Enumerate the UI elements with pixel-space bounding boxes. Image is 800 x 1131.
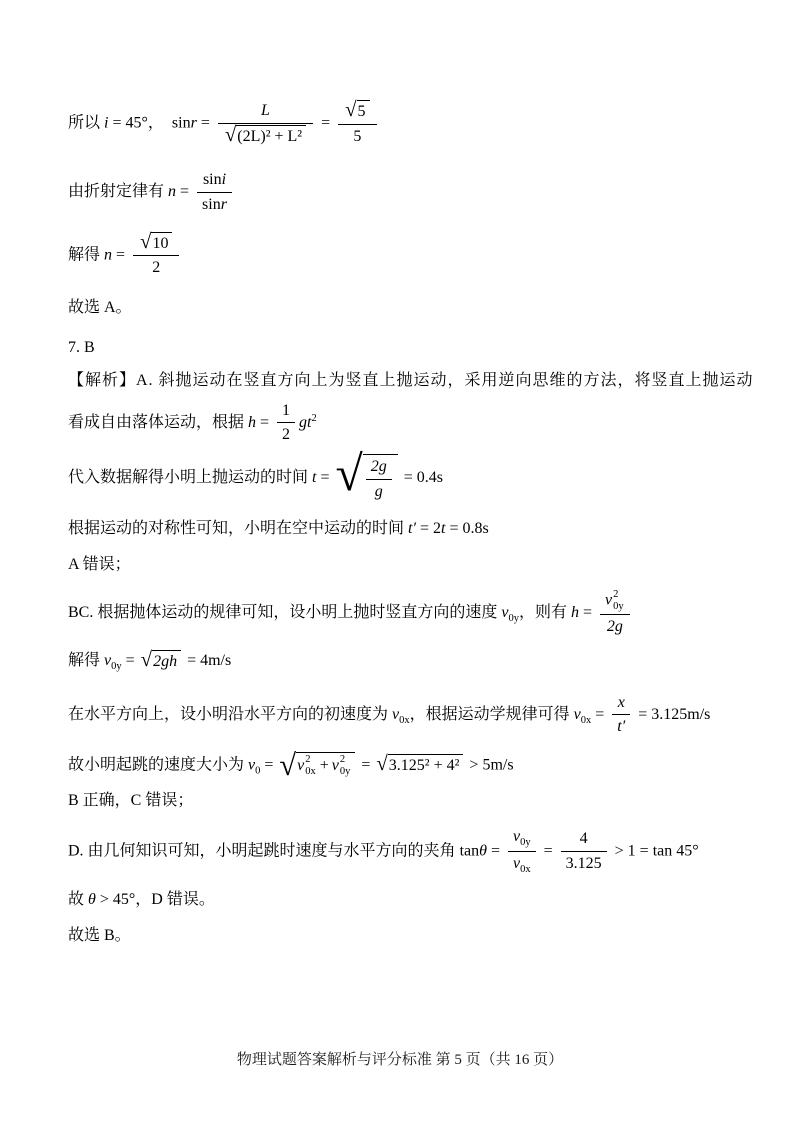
text-run: 由折射定律有 bbox=[68, 183, 164, 200]
text-run: = 45°， bbox=[112, 114, 163, 131]
text-run: 故 bbox=[68, 891, 84, 908]
fraction: sini sinr bbox=[197, 169, 232, 215]
page-footer: 物理试题答案解析与评分标准 第 5 页（共 16 页） bbox=[0, 1048, 800, 1069]
fraction: x t′ bbox=[612, 692, 630, 738]
q7-line-d-angle: D. 由几何知识可知，小明起跳时速度与水平方向的夹角 tanθ = v0y v0… bbox=[68, 826, 740, 877]
sup-sub-tower: 20y bbox=[340, 754, 351, 778]
q7-line-answer-choice: 故选 B。 bbox=[68, 923, 740, 949]
radicand: 3.125² + 4² bbox=[388, 754, 464, 777]
var-v: v bbox=[605, 592, 612, 609]
fraction-denominator: 5 bbox=[338, 125, 376, 148]
q7-line-time-up: 代入数据解得小明上抛运动的时间 t = √ 2g g = 0.4s bbox=[68, 454, 740, 502]
text-run: 故小明起跳的速度大小为 bbox=[68, 756, 244, 773]
result-value: > 5m/s bbox=[469, 756, 513, 773]
q7-line-free-fall: 看成自由落体运动，根据 h = 1 2 gt2 bbox=[68, 400, 740, 446]
fraction: √5 5 bbox=[338, 100, 376, 147]
result-value: = 0.8s bbox=[449, 520, 488, 537]
var-t: t bbox=[312, 469, 316, 486]
result-value: = 4m/s bbox=[187, 652, 231, 669]
equals-sign: = bbox=[260, 414, 269, 431]
text-run: ，根据运动学规律可得 bbox=[410, 706, 570, 723]
text-run: 所以 bbox=[68, 114, 100, 131]
var-h: h bbox=[248, 414, 256, 431]
equals-sign: = bbox=[544, 842, 553, 859]
text-run: 解得 bbox=[68, 246, 100, 263]
text-run: BC. 根据抛体运动的规律可知，设小明上抛时竖直方向的速度 bbox=[68, 604, 497, 621]
radical-sign: √ bbox=[376, 754, 387, 775]
function-sin: sin bbox=[172, 114, 191, 131]
equals-sign: = bbox=[116, 246, 125, 263]
exponent: 2 bbox=[613, 589, 618, 601]
equals-sign: = bbox=[201, 114, 210, 131]
q7-line-theta-conclusion: 故 θ > 45°，D 错误。 bbox=[68, 887, 740, 913]
var-theta: θ bbox=[479, 842, 487, 859]
var-h: h bbox=[571, 604, 579, 621]
radical-sign: √ bbox=[336, 454, 363, 495]
exam-answer-page: 所以 i = 45°， sinr = L √(2L)² + L² = √5 5 … bbox=[0, 0, 800, 1131]
plus-sign: + bbox=[320, 756, 329, 777]
var-theta: θ bbox=[88, 891, 96, 908]
subscript: 0x bbox=[581, 715, 592, 726]
function-sin: sin bbox=[202, 196, 221, 213]
equals-sign: = bbox=[320, 469, 329, 486]
equals-sign: = bbox=[595, 706, 604, 723]
fraction-numerator: 1 bbox=[277, 400, 295, 424]
fraction-numerator: 2g bbox=[371, 458, 387, 475]
q6-line-answer-choice: 故选 A。 bbox=[68, 295, 740, 321]
subscript: 0y bbox=[111, 661, 122, 672]
fraction-numerator: x bbox=[618, 694, 625, 711]
q7-answer: 7. B bbox=[68, 335, 740, 361]
fraction-denominator: 2g bbox=[607, 618, 623, 635]
radicand: 10 bbox=[151, 232, 172, 255]
var-v0x: v bbox=[574, 706, 581, 723]
result-value: > 1 = tan 45° bbox=[615, 842, 699, 859]
subscript: 0y bbox=[508, 613, 519, 624]
fraction-numerator: L bbox=[261, 102, 270, 119]
var-n: n bbox=[168, 183, 176, 200]
fraction: √10 2 bbox=[133, 232, 179, 279]
fraction-denominator: 3.125 bbox=[561, 852, 607, 875]
sup-sub-tower: 20x bbox=[305, 754, 316, 778]
radical-sign: √ bbox=[140, 232, 151, 253]
var-g: g bbox=[299, 414, 307, 431]
q7-line-bc: BC. 根据抛体运动的规律可知，设小明上抛时竖直方向的速度 v0y，则有 h =… bbox=[68, 589, 740, 638]
fraction: 1 2 bbox=[277, 400, 295, 446]
equals-sign: = bbox=[361, 756, 370, 773]
radical-sign: √ bbox=[279, 752, 296, 779]
q7-line-v0y: 解得 v0y = √2gh = 4m/s bbox=[68, 648, 740, 676]
radicand: (2L)² + L² bbox=[236, 125, 306, 148]
fraction-denominator: g bbox=[375, 483, 383, 500]
var-n: n bbox=[104, 246, 112, 263]
text-run: ，则有 bbox=[519, 604, 567, 621]
equals-sign: = bbox=[180, 183, 189, 200]
fraction: v0y v0x bbox=[508, 826, 536, 877]
var-i: i bbox=[104, 114, 108, 131]
q7-line-v0-magnitude: 故小明起跳的速度大小为 v0 = √ v20x + v20y = √3.125²… bbox=[68, 752, 740, 780]
square-root: √ v20x + v20y bbox=[279, 752, 355, 779]
fraction: 2g g bbox=[366, 456, 392, 502]
radicand: 2gh bbox=[153, 652, 177, 673]
square-root: √10 bbox=[140, 232, 172, 255]
subscript: 0y bbox=[613, 601, 624, 613]
var-t-prime: t′ bbox=[408, 520, 416, 537]
text-run: 代入数据解得小明上抛运动的时间 bbox=[68, 469, 308, 486]
var-v: v bbox=[297, 756, 304, 777]
square-root: √3.125² + 4² bbox=[376, 754, 463, 777]
radical-sign: √ bbox=[225, 125, 236, 146]
exponent: 2 bbox=[340, 754, 345, 766]
q7-analysis-line1: 【解析】A. 斜抛运动在竖直方向上为竖直上抛运动，采用逆向思维的方法，将竖直上抛… bbox=[68, 368, 740, 394]
var-i: i bbox=[222, 171, 226, 188]
sup-sub-tower: 20y bbox=[613, 589, 624, 613]
subscript: 0y bbox=[520, 837, 531, 848]
q6-line-sin-r: 所以 i = 45°， sinr = L √(2L)² + L² = √5 5 bbox=[68, 100, 740, 147]
subscript: 0y bbox=[340, 766, 351, 778]
subscript: 0 bbox=[255, 765, 260, 776]
text-run: 在水平方向上，设小明沿水平方向的初速度为 bbox=[68, 706, 388, 723]
text-run: D. 由几何知识可知，小明起跳时速度与水平方向的夹角 bbox=[68, 842, 456, 859]
fraction-numerator: 4 bbox=[561, 828, 607, 852]
equals-sign: = bbox=[126, 652, 135, 669]
function-tan: tan bbox=[460, 842, 480, 859]
q6-line-n-result: 解得 n = √10 2 bbox=[68, 232, 740, 279]
fraction: v20y 2g bbox=[600, 589, 630, 638]
var-r: r bbox=[221, 196, 227, 213]
square-root: √2gh bbox=[141, 650, 181, 673]
var-r: r bbox=[191, 114, 197, 131]
result-value: = 0.4s bbox=[404, 469, 443, 486]
q7-line-a-wrong: A 错误； bbox=[68, 552, 740, 578]
exponent: 2 bbox=[312, 413, 317, 424]
text-run: 根据运动的对称性可知，小明在空中运动的时间 bbox=[68, 520, 404, 537]
fraction: L √(2L)² + L² bbox=[218, 100, 313, 147]
text-run: 解得 bbox=[68, 652, 100, 669]
function-sin: sin bbox=[203, 171, 222, 188]
result-value: = 3.125m/s bbox=[638, 706, 710, 723]
radical-sign: √ bbox=[345, 100, 356, 121]
var-t: t bbox=[441, 520, 445, 537]
var-v: v bbox=[332, 756, 339, 777]
q7-line-v0x: 在水平方向上，设小明沿水平方向的初速度为 v0x，根据运动学规律可得 v0x =… bbox=[68, 692, 740, 738]
square-root: √5 bbox=[345, 100, 369, 123]
equals-sign: = bbox=[491, 842, 500, 859]
equals-sign: = bbox=[583, 604, 592, 621]
q6-line-refraction-law: 由折射定律有 n = sini sinr bbox=[68, 169, 740, 215]
text-run: 看成自由落体运动，根据 bbox=[68, 414, 244, 431]
equals-sign: = bbox=[264, 756, 273, 773]
radicand: 5 bbox=[357, 100, 370, 123]
text-run: = 2 bbox=[420, 520, 441, 537]
square-root: √(2L)² + L² bbox=[225, 125, 306, 148]
q7-line-total-time: 根据运动的对称性可知，小明在空中运动的时间 t′ = 2t = 0.8s bbox=[68, 516, 740, 542]
fraction-denominator: t′ bbox=[617, 718, 625, 735]
exponent: 2 bbox=[305, 754, 310, 766]
subscript: 0x bbox=[399, 715, 410, 726]
subscript: 0x bbox=[305, 766, 316, 778]
radical-sign: √ bbox=[141, 650, 152, 671]
square-root: √ 2g g bbox=[336, 454, 398, 502]
result-value: > 45°，D 错误。 bbox=[100, 891, 215, 908]
subscript: 0x bbox=[520, 864, 531, 875]
equals-sign: = bbox=[321, 114, 330, 131]
q7-line-b-correct: B 正确，C 错误； bbox=[68, 788, 740, 814]
fraction-denominator: 2 bbox=[133, 256, 179, 279]
fraction: 4 3.125 bbox=[561, 828, 607, 874]
fraction-denominator: 2 bbox=[277, 423, 295, 446]
